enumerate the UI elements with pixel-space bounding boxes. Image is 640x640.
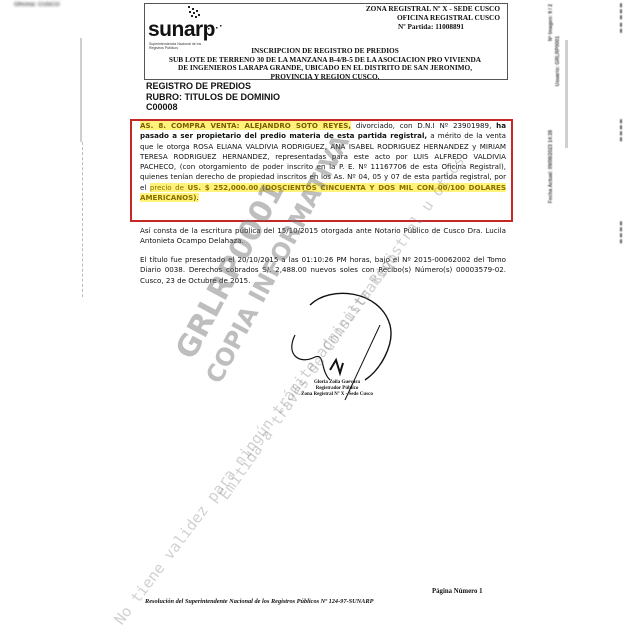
code-line: C00008 [146,102,280,113]
left-margin-rule [80,38,82,142]
asiento-heading: AS. 8. COMPRA VENTA: ALEJANDRO SOTO REYE… [140,121,351,130]
header-zona: ZONA REGISTRAL Nº X - SEDE CUSCO OFICINA… [366,4,500,31]
office-label-blurred: Oficina: CUSCO [14,2,60,8]
registro-line: REGISTRO DE PREDIOS [146,81,280,92]
registro-heading: REGISTRO DE PREDIOS RUBRO: TITULOS DE DO… [146,81,280,113]
oficina-label: OFICINA REGISTRAL CUSCO [366,13,500,22]
asiento-text-1: divorciado, con D.N.I Nº 23901989, [351,121,496,130]
right-edge-blur-1: ▮▮ ▮▮▮ [618,2,624,33]
right-margin-rule [565,40,568,148]
registrar-signature-block: Gloria Zoila Guevara Registrador Público… [282,380,392,398]
zona-label: ZONA REGISTRAL Nº X - SEDE CUSCO [366,4,500,13]
rubro-line: RUBRO: TITULOS DE DOMINIO [146,92,280,103]
price-suffix: . [197,193,199,202]
document-title: INSCRIPCION DE REGISTRO DE PREDIOS SUB L… [144,47,506,81]
image-number-label: Nº Imagen: 9 / 2 [548,4,554,41]
logo-wordmark: sunarp [148,18,215,42]
price-value: US. $ 252,000.00 (DOSCIENTOS CINCUENTA Y… [140,183,506,202]
right-edge-blur-3: ▮▮▮▮ [618,220,624,244]
title-line-4: PROVINCIA Y REGION CUSCO. [144,73,506,82]
registrar-zone: Zona Registral Nº X - Sede Cusco [282,392,392,398]
user-label: Usuario: GRLRP0001 [555,36,561,86]
escritura-paragraph: Así consta de la escritura pública del 1… [140,226,506,247]
page-number: Página Número 1 [432,588,482,595]
price-prefix: precio de [150,183,188,192]
partida-label: Nº Partida: 11008891 [366,22,500,31]
right-edge-blur-2: ▮▮▮▮ [618,118,624,142]
titulo-paragraph: El título fue presentado el 20/10/2015 a… [140,255,506,286]
asiento-paragraph: AS. 8. COMPRA VENTA: ALEJANDRO SOTO REYE… [140,121,506,203]
footer-resolution: Resolución del Superintendente Nacional … [145,598,373,605]
left-margin-dashes [82,142,84,297]
sunarp-logo: sunarp Superintendencia Nacional de los … [148,4,228,52]
date-label: Fecha Actual: 09/08/2023 14:38 [548,130,554,203]
